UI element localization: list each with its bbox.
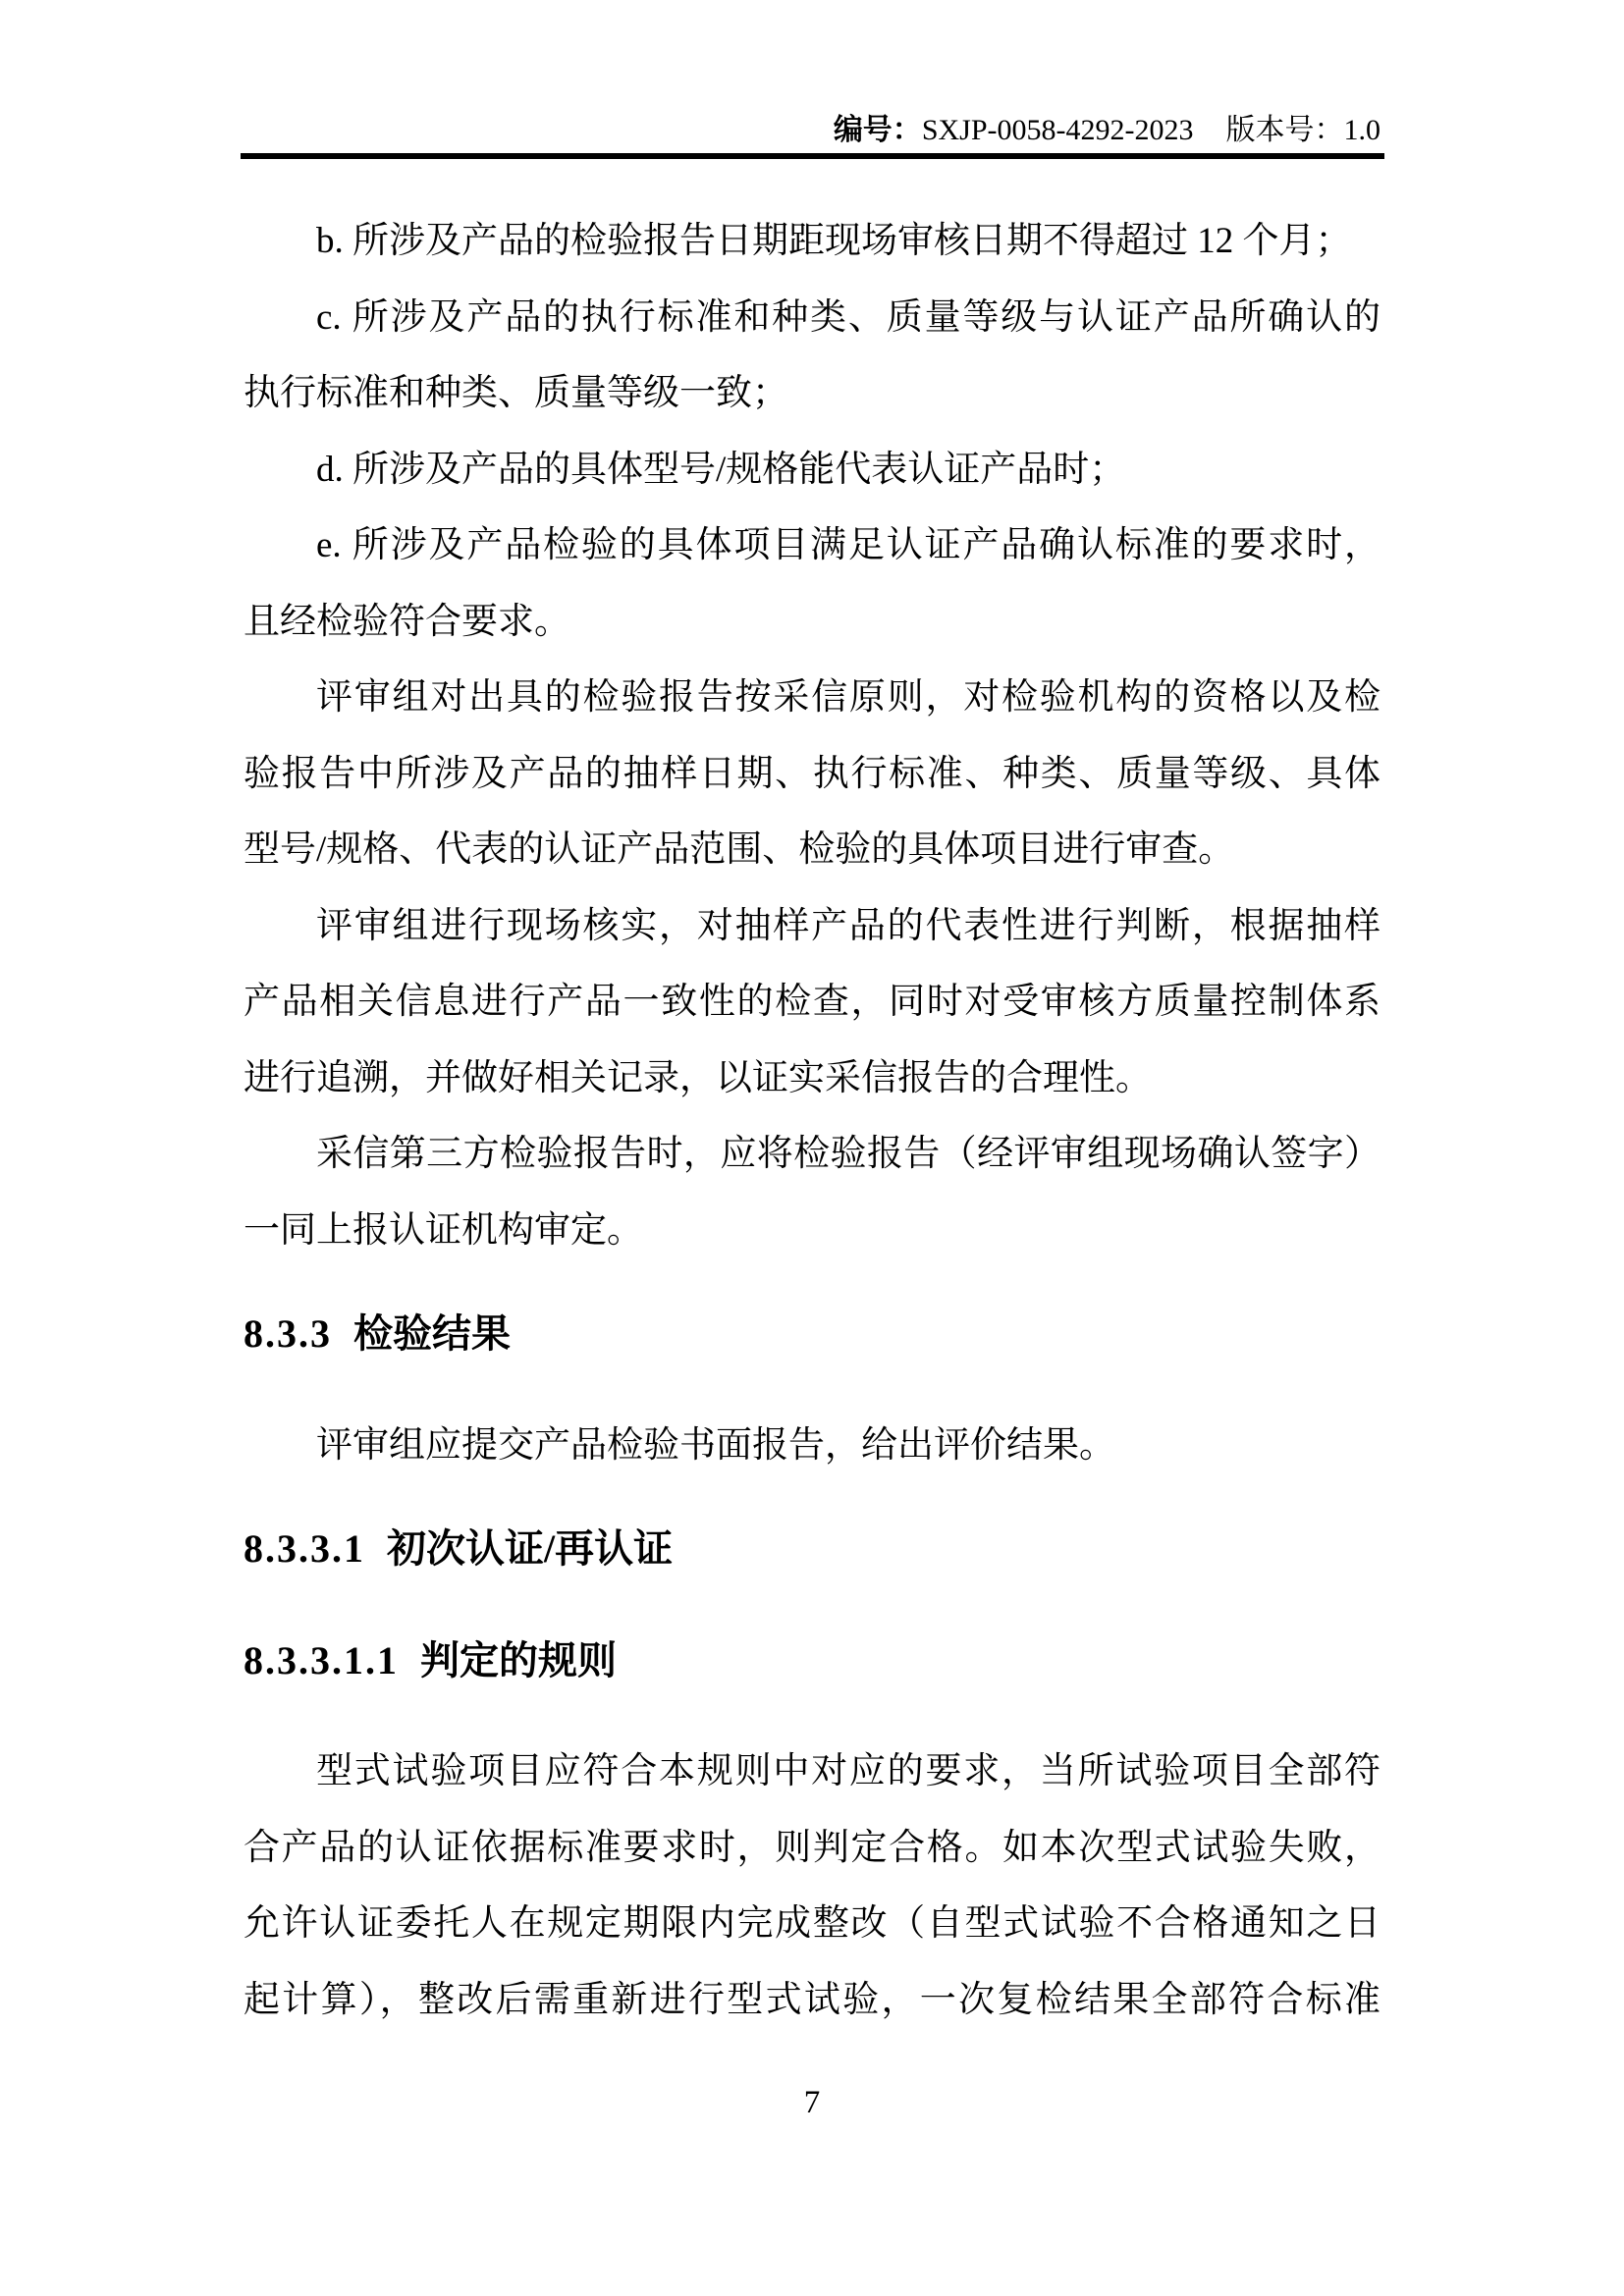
text-line: b. 所涉及产品的检验报告日期距现场审核日期不得超过 12 个月； — [244, 203, 1380, 280]
heading-number: 8.3.3 — [244, 1311, 332, 1356]
text-line: 型式试验项目应符合本规则中对应的要求，当所试验项目全部符 — [244, 1734, 1380, 1810]
document-body: b. 所涉及产品的检验报告日期距现场审核日期不得超过 12 个月；c. 所涉及产… — [244, 203, 1380, 2038]
heading-title: 判定的规则 — [420, 1638, 617, 1682]
text-line: d. 所涉及产品的具体型号/规格能代表认证产品时； — [244, 432, 1380, 508]
page-header: 编号：SXJP-0058-4292-2023版本号：1.0 — [244, 112, 1380, 149]
version-label: 版本号： — [1226, 114, 1344, 146]
text-line: 且经检验符合要求。 — [244, 584, 1380, 661]
document-page: 编号：SXJP-0058-4292-2023版本号：1.0 b. 所涉及产品的检… — [0, 0, 1624, 2296]
doc-number-label: 编号： — [834, 114, 922, 146]
text-line: 评审组对出具的检验报告按采信原则，对检验机构的资格以及检 — [244, 660, 1380, 736]
text-line: 进行追溯，并做好相关记录，以证实采信报告的合理性。 — [244, 1041, 1380, 1117]
text-line: 执行标准和种类、质量等级一致； — [244, 355, 1380, 432]
page-number: 7 — [0, 2083, 1624, 2122]
heading-number: 8.3.3.1.1 — [244, 1638, 399, 1682]
doc-number: SXJP-0058-4292-2023 — [922, 114, 1194, 146]
text-line: 型号/规格、代表的认证产品范围、检验的具体项目进行审查。 — [244, 812, 1380, 888]
heading-title: 检验结果 — [353, 1311, 511, 1356]
header-rule — [241, 153, 1384, 159]
text-line: 采信第三方检验报告时，应将检验报告（经评审组现场确认签字） — [244, 1116, 1380, 1193]
section-heading: 8.3.3.1.1判定的规则 — [244, 1623, 1380, 1699]
text-line: e. 所涉及产品检验的具体项目满足认证产品确认标准的要求时， — [244, 507, 1380, 584]
section-heading: 8.3.3检验结果 — [244, 1296, 1380, 1372]
text-line: c. 所涉及产品的执行标准和种类、质量等级与认证产品所确认的 — [244, 280, 1380, 356]
section-heading: 8.3.3.1初次认证/再认证 — [244, 1511, 1380, 1587]
heading-title: 初次认证/再认证 — [387, 1526, 673, 1571]
text-line: 允许认证委托人在规定期限内完成整改（自型式试验不合格通知之日 — [244, 1886, 1380, 1962]
version-value: 1.0 — [1344, 114, 1381, 146]
text-line: 评审组应提交产品检验书面报告，给出评价结果。 — [244, 1408, 1380, 1484]
text-line: 验报告中所涉及产品的抽样日期、执行标准、种类、质量等级、具体 — [244, 736, 1380, 813]
heading-number: 8.3.3.1 — [244, 1526, 365, 1571]
text-line: 一同上报认证机构审定。 — [244, 1193, 1380, 1269]
text-line: 起计算），整改后需重新进行型式试验，一次复检结果全部符合标准 — [244, 1962, 1380, 2039]
text-line: 产品相关信息进行产品一致性的检查，同时对受审核方质量控制体系 — [244, 964, 1380, 1041]
text-line: 合产品的认证依据标准要求时，则判定合格。如本次型式试验失败， — [244, 1810, 1380, 1887]
text-line: 评审组进行现场核实，对抽样产品的代表性进行判断，根据抽样 — [244, 888, 1380, 965]
